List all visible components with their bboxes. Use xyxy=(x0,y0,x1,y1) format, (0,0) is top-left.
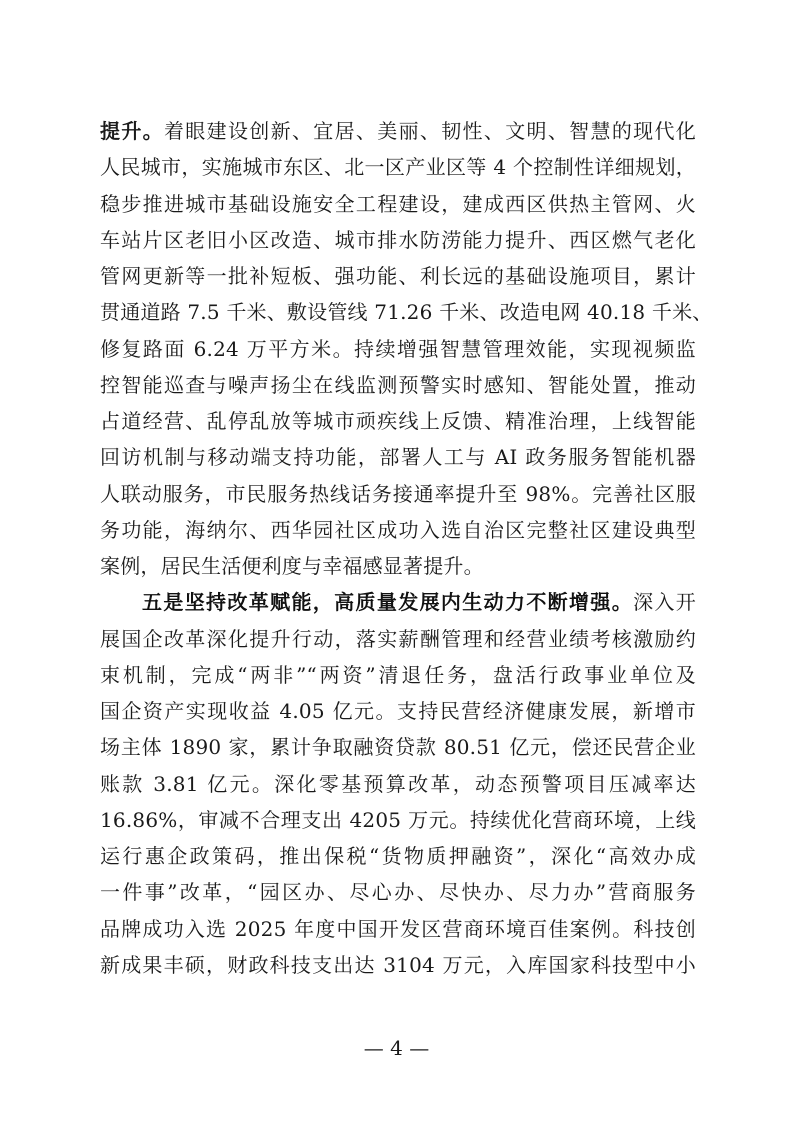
text-line: 控智能巡查与噪声扬尘在线监测预警实时感知、智能处置，推动 xyxy=(100,367,696,403)
text-line: 16.86%，审减不合理支出 4205 万元。持续优化营商环境，上线 xyxy=(100,802,696,838)
text-line: 务功能，海纳尔、西华园社区成功入选自治区完整社区建设典型 xyxy=(100,512,696,548)
body-text: 提升。着眼建设创新、宜居、美丽、韧性、文明、智慧的现代化 人民城市，实施城市东区… xyxy=(100,113,696,983)
section-heading: 五是坚持改革赋能，高质量发展内生动力不断增强。 xyxy=(142,590,633,614)
text-line: 贯通道路 7.5 千米、敷设管线 71.26 千米、改造电网 40.18 千米、 xyxy=(100,294,696,330)
text-line: 人民城市，实施城市东区、北一区产业区等 4 个控制性详细规划， xyxy=(100,149,696,185)
text-line: 束机制，完成“两非”“两资”清退任务，盘活行政事业单位及 xyxy=(100,657,696,693)
text-line: 提升。着眼建设创新、宜居、美丽、韧性、文明、智慧的现代化 xyxy=(100,113,696,149)
text-line: 稳步推进城市基础设施安全工程建设，建成西区供热主管网、火 xyxy=(100,186,696,222)
lead-bold-text: 提升。 xyxy=(100,119,164,143)
text-line: 一件事”改革，“园区办、尽心办、尽快办、尽力办”营商服务 xyxy=(100,874,696,910)
text-line: 展国企改革深化提升行动，落实薪酬管理和经营业绩考核激励约 xyxy=(100,621,696,657)
text-line: 案例，居民生活便利度与幸福感显著提升。 xyxy=(100,548,696,584)
text-line: 管网更新等一批补短板、强功能、利长远的基础设施项目，累计 xyxy=(100,258,696,294)
document-page: 提升。着眼建设创新、宜居、美丽、韧性、文明、智慧的现代化 人民城市，实施城市东区… xyxy=(0,0,793,1122)
text-line: 品牌成功入选 2025 年度中国开发区营商环境百佳案例。科技创 xyxy=(100,911,696,947)
text-line: 场主体 1890 家，累计争取融资贷款 80.51 亿元，偿还民营企业 xyxy=(100,729,696,765)
paragraph-2: 五是坚持改革赋能，高质量发展内生动力不断增强。深入开 展国企改革深化提升行动，落… xyxy=(100,584,696,983)
text-line: 人联动服务，市民服务热线话务接通率提升至 98%。完善社区服 xyxy=(100,476,696,512)
text-line: 账款 3.81 亿元。深化零基预算改革，动态预警项目压减率达 xyxy=(100,766,696,802)
text-line: 回访机制与移动端支持功能，部署人工与 AI 政务服务智能机器 xyxy=(100,439,696,475)
text-line: 新成果丰硕，财政科技支出达 3104 万元，入库国家科技型中小 xyxy=(100,947,696,983)
text-line: 五是坚持改革赋能，高质量发展内生动力不断增强。深入开 xyxy=(100,584,696,620)
page-number: — 4 — xyxy=(0,1036,793,1060)
text-line: 车站片区老旧小区改造、城市排水防涝能力提升、西区燃气老化 xyxy=(100,222,696,258)
text-line: 占道经营、乱停乱放等城市顽疾线上反馈、精准治理，上线智能 xyxy=(100,403,696,439)
text-line: 修复路面 6.24 万平方米。持续增强智慧管理效能，实现视频监 xyxy=(100,331,696,367)
paragraph-1: 提升。着眼建设创新、宜居、美丽、韧性、文明、智慧的现代化 人民城市，实施城市东区… xyxy=(100,113,696,584)
text-line: 国企资产实现收益 4.05 亿元。支持民营经济健康发展，新增市 xyxy=(100,693,696,729)
text-line: 运行惠企政策码，推出保税“货物质押融资”，深化“高效办成 xyxy=(100,838,696,874)
